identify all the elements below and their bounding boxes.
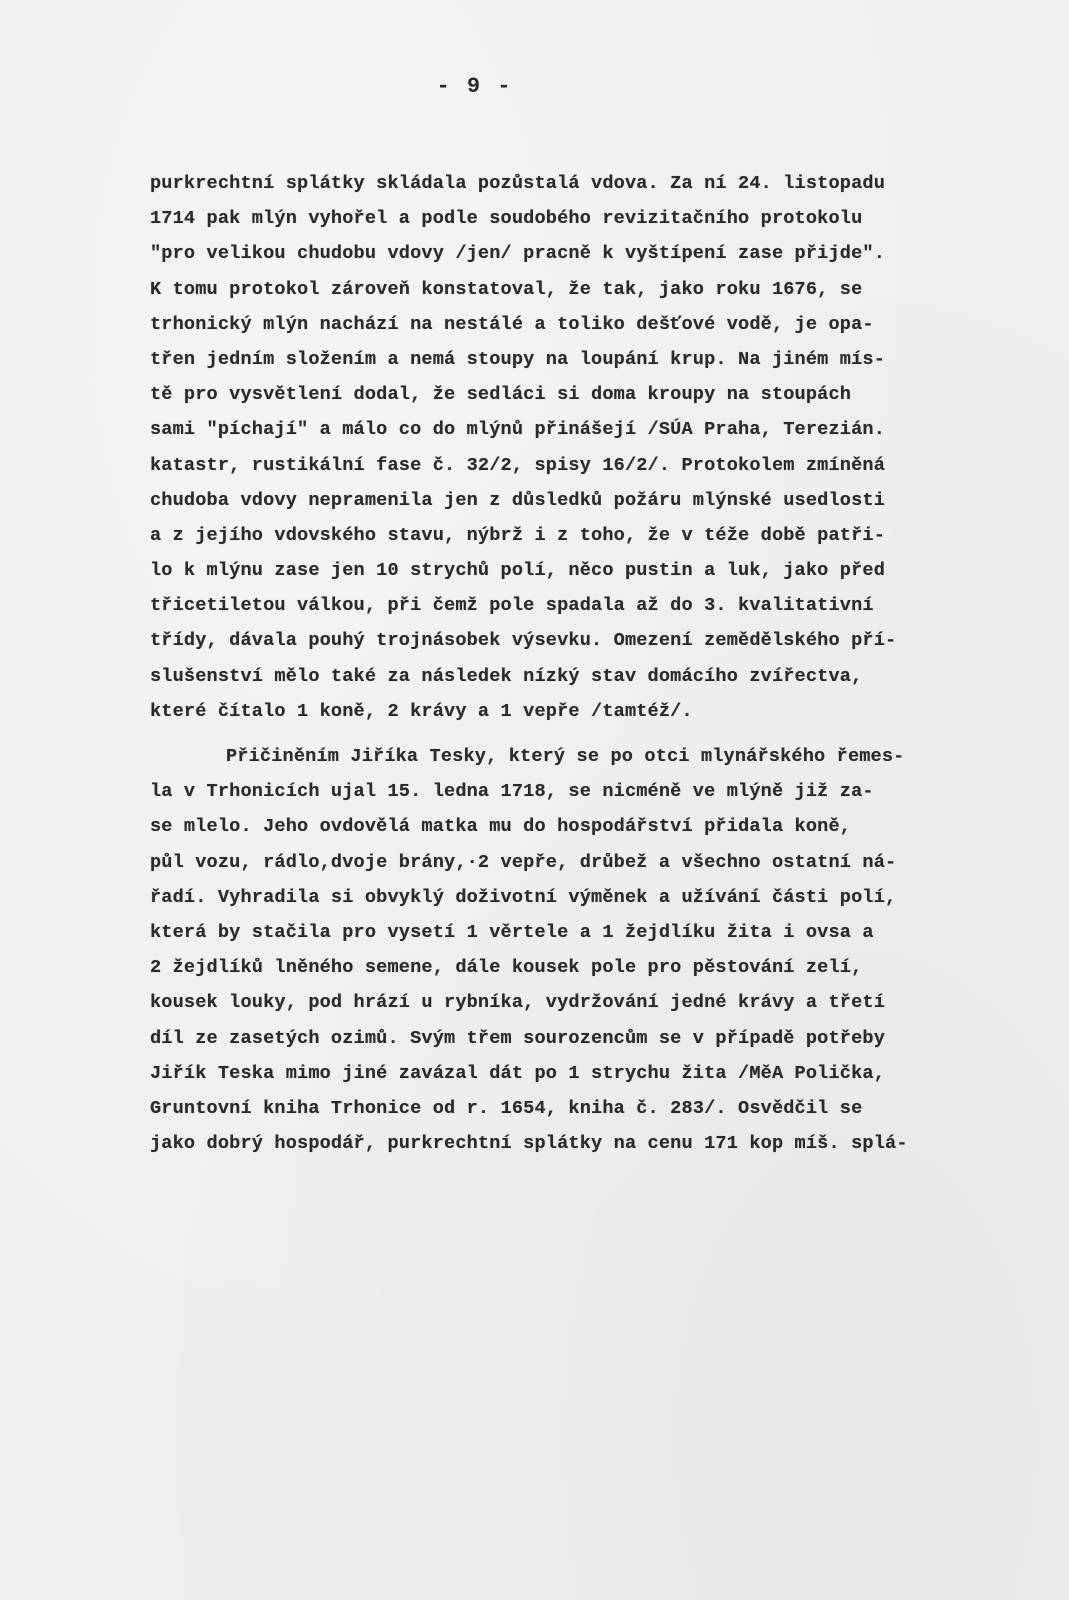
- paragraph-2: Přičiněním Jiříka Tesky, který se po otc…: [150, 739, 1050, 1161]
- text-line: Přičiněním Jiříka Tesky, který se po otc…: [150, 739, 1050, 774]
- text-line: která by stačila pro vysetí 1 věrtele a …: [150, 915, 1050, 950]
- text-line: slušenství mělo také za následek nízký s…: [150, 659, 1050, 694]
- text-line: Jiřík Teska mimo jiné zavázal dát po 1 s…: [150, 1056, 1050, 1091]
- text-line: řadí. Vyhradila si obvyklý doživotní vým…: [150, 880, 1050, 915]
- text-line: la v Trhonicích ujal 15. ledna 1718, se …: [150, 774, 1050, 809]
- text-line: "pro velikou chudobu vdovy /jen/ pracně …: [150, 236, 1050, 271]
- text-line: třicetiletou válkou, při čemž pole spada…: [150, 588, 1050, 623]
- text-line: Gruntovní kniha Trhonice od r. 1654, kni…: [150, 1091, 1050, 1126]
- text-line: 1714 pak mlýn vyhořel a podle soudobého …: [150, 201, 1050, 236]
- text-line: 2 žejdlíků lněného semene, dále kousek p…: [150, 950, 1050, 985]
- text-line: díl ze zasetých ozimů. Svým třem souroze…: [150, 1021, 1050, 1056]
- text-line: které čítalo 1 koně, 2 krávy a 1 vepře /…: [150, 694, 1050, 729]
- text-line: třen jedním složením a nemá stoupy na lo…: [150, 342, 1050, 377]
- text-line: tě pro vysvětlení dodal, že sedláci si d…: [150, 377, 1050, 412]
- paragraph-gap: [150, 729, 1050, 739]
- text-line: purkrechtní splátky skládala pozůstalá v…: [150, 166, 1050, 201]
- text-line: lo k mlýnu zase jen 10 strychů polí, něc…: [150, 553, 1050, 588]
- text-line: katastr, rustikální fase č. 32/2, spisy …: [150, 448, 1050, 483]
- page-number-text: - 9 -: [436, 74, 512, 99]
- text-line: a z jejího vdovského stavu, nýbrž i z to…: [150, 518, 1050, 553]
- text-line: chudoba vdovy nepramenila jen z důsledků…: [150, 483, 1050, 518]
- text-line: sami "píchají" a málo co do mlýnů přináš…: [150, 412, 1050, 447]
- paragraph-1: purkrechtní splátky skládala pozůstalá v…: [150, 166, 1050, 729]
- text-line: se mlelo. Jeho ovdovělá matka mu do hosp…: [150, 809, 1050, 844]
- page-number: - 9 -: [0, 74, 1069, 99]
- text-line: jako dobrý hospodář, purkrechtní splátky…: [150, 1126, 1050, 1161]
- text-line: kousek louky, pod hrází u rybníka, vydrž…: [150, 985, 1050, 1020]
- text-line: K tomu protokol zároveň konstatoval, že …: [150, 272, 1050, 307]
- text-line: třídy, dávala pouhý trojnásobek výsevku.…: [150, 623, 1050, 658]
- body-text: purkrechtní splátky skládala pozůstalá v…: [150, 166, 1050, 1161]
- text-line: trhonický mlýn nachází na nestálé a toli…: [150, 307, 1050, 342]
- text-line: půl vozu, rádlo,dvoje brány,·2 vepře, dr…: [150, 845, 1050, 880]
- document-page: - 9 - purkrechtní splátky skládala pozůs…: [0, 0, 1069, 1600]
